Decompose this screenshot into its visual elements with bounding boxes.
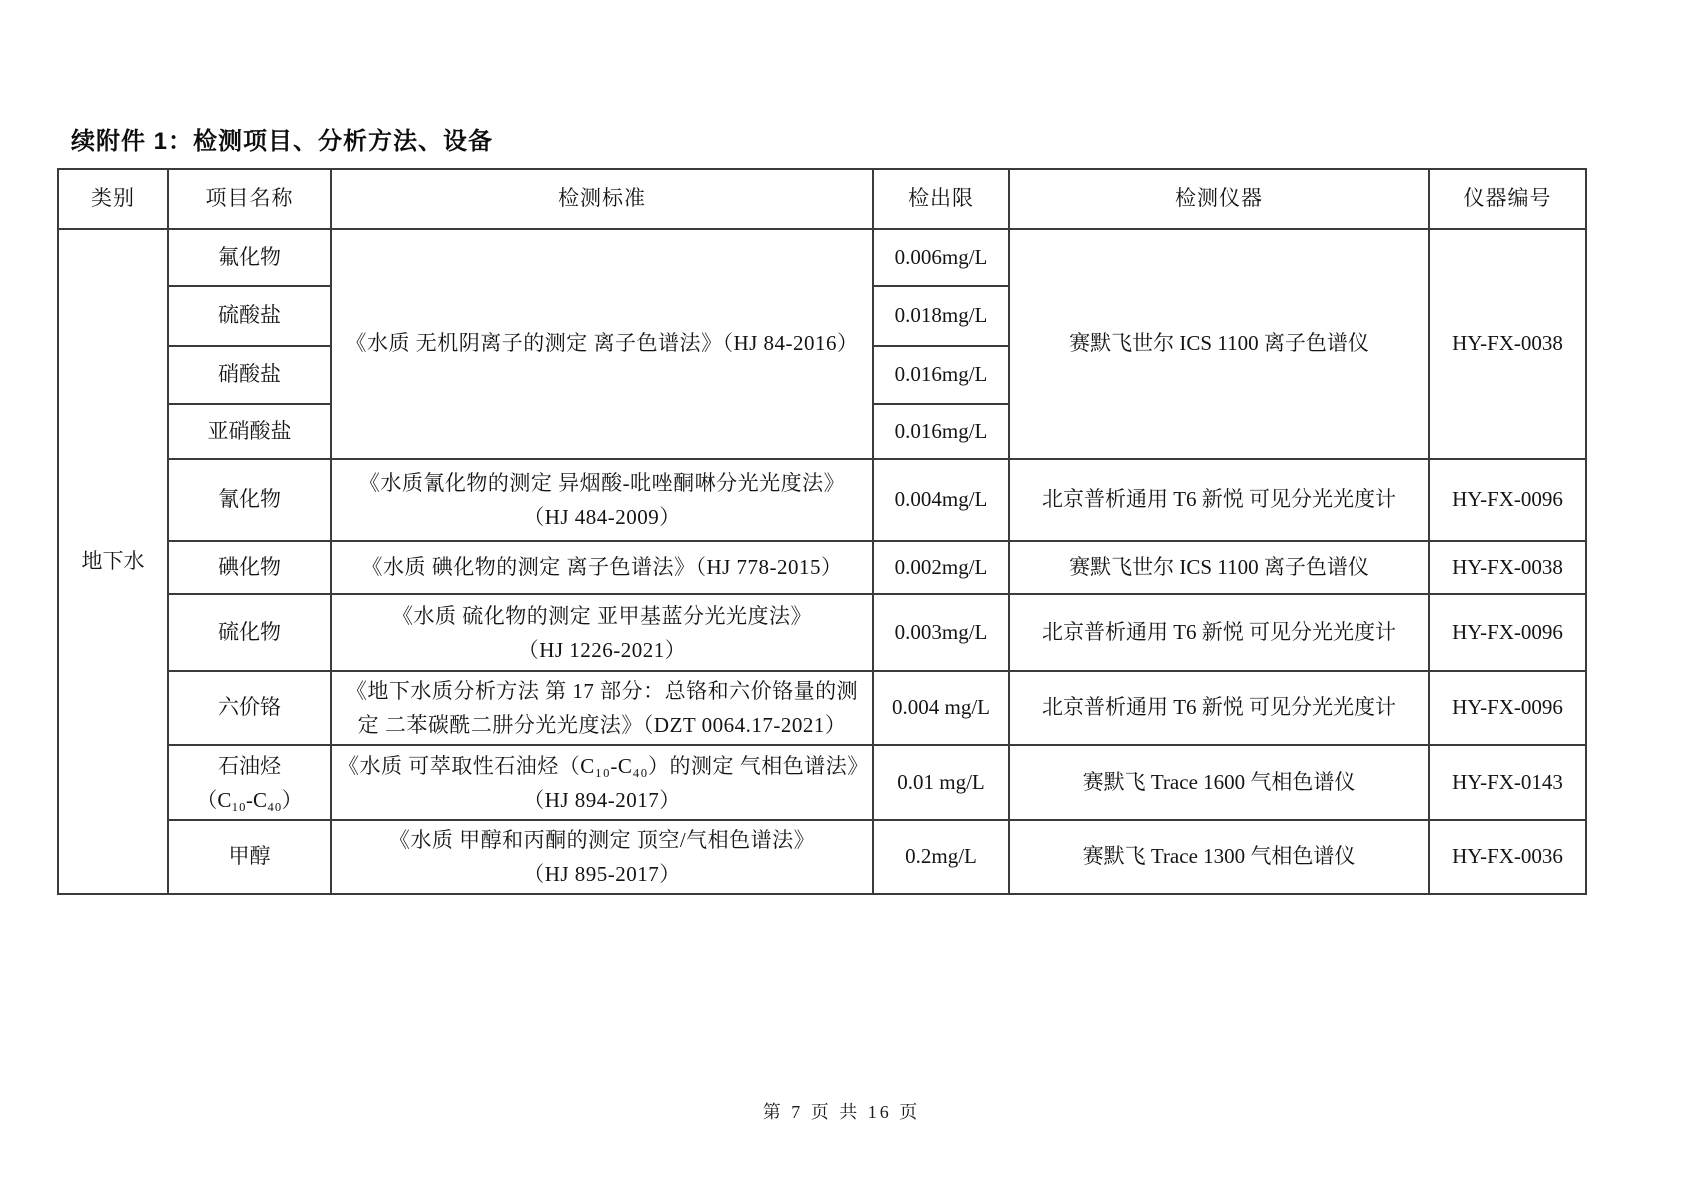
standard-cell: 《水质 可萃取性石油烃（C₁₀-C₄₀）的测定 气相色谱法》 （HJ 894-2… — [331, 745, 873, 820]
item-cell: 氟化物 — [168, 229, 331, 286]
standard-line1: 《水质 甲醇和丙酮的测定 顶空/气相色谱法》 — [338, 823, 866, 857]
detection-items-table: 类别 项目名称 检测标准 检出限 检测仪器 仪器编号 地下水 氟化物 《水质 无… — [57, 168, 1587, 895]
instrument-cell: 北京普析通用 T6 新悦 可见分光光度计 — [1009, 459, 1429, 541]
instrument-no-cell: HY-FX-0143 — [1429, 745, 1586, 820]
instrument-cell: 赛默飞 Trace 1600 气相色谱仪 — [1009, 745, 1429, 820]
page-number: 第 7 页 共 16 页 — [0, 1098, 1683, 1124]
limit-cell: 0.004 mg/L — [873, 671, 1009, 745]
col-header-item: 项目名称 — [168, 169, 331, 229]
standard-line1: 《地下水质分析方法 第 17 部分：总铬和六价铬量的测 — [338, 674, 866, 708]
standard-line2: （HJ 895-2017） — [338, 857, 866, 891]
instrument-no-cell: HY-FX-0038 — [1429, 229, 1586, 459]
standard-cell: 《地下水质分析方法 第 17 部分：总铬和六价铬量的测 定 二苯碳酰二肼分光光度… — [331, 671, 873, 745]
col-header-category: 类别 — [58, 169, 168, 229]
standard-line2: （HJ 1226-2021） — [338, 633, 866, 667]
table-row: 氰化物 《水质氰化物的测定 异烟酸-吡唑酮啉分光光度法》 （HJ 484-200… — [58, 459, 1586, 541]
item-cell: 氰化物 — [168, 459, 331, 541]
col-header-standard: 检测标准 — [331, 169, 873, 229]
limit-cell: 0.002mg/L — [873, 541, 1009, 594]
standard-cell: 《水质 碘化物的测定 离子色谱法》（HJ 778-2015） — [331, 541, 873, 594]
standard-cell: 《水质 硫化物的测定 亚甲基蓝分光光度法》 （HJ 1226-2021） — [331, 594, 873, 671]
item-cell: 亚硝酸盐 — [168, 404, 331, 459]
standard-line2: 定 二苯碳酰二肼分光光度法》（DZT 0064.17-2021） — [338, 708, 866, 742]
standard-line2: （HJ 484-2009） — [338, 500, 866, 534]
limit-cell: 0.016mg/L — [873, 404, 1009, 459]
page-title: 续附件 1：检测项目、分析方法、设备 — [71, 121, 493, 156]
standard-cell: 《水质氰化物的测定 异烟酸-吡唑酮啉分光光度法》 （HJ 484-2009） — [331, 459, 873, 541]
table-row: 石油烃 （C₁₀-C₄₀） 《水质 可萃取性石油烃（C₁₀-C₄₀）的测定 气相… — [58, 745, 1586, 820]
standard-cell: 《水质 无机阴离子的测定 离子色谱法》（HJ 84-2016） — [331, 229, 873, 459]
table-row: 硫化物 《水质 硫化物的测定 亚甲基蓝分光光度法》 （HJ 1226-2021）… — [58, 594, 1586, 671]
instrument-cell: 北京普析通用 T6 新悦 可见分光光度计 — [1009, 594, 1429, 671]
table-header-row: 类别 项目名称 检测标准 检出限 检测仪器 仪器编号 — [58, 169, 1586, 229]
item-line1: 石油烃 — [175, 749, 324, 783]
limit-cell: 0.006mg/L — [873, 229, 1009, 286]
item-cell: 碘化物 — [168, 541, 331, 594]
item-cell: 石油烃 （C₁₀-C₄₀） — [168, 745, 331, 820]
limit-cell: 0.016mg/L — [873, 346, 1009, 404]
limit-cell: 0.01 mg/L — [873, 745, 1009, 820]
standard-line1: 《水质氰化物的测定 异烟酸-吡唑酮啉分光光度法》 — [338, 466, 866, 500]
limit-cell: 0.003mg/L — [873, 594, 1009, 671]
instrument-cell: 赛默飞世尔 ICS 1100 离子色谱仪 — [1009, 229, 1429, 459]
limit-cell: 0.004mg/L — [873, 459, 1009, 541]
item-cell: 硫酸盐 — [168, 286, 331, 346]
item-cell: 硫化物 — [168, 594, 331, 671]
instrument-cell: 赛默飞 Trace 1300 气相色谱仪 — [1009, 820, 1429, 894]
item-cell: 硝酸盐 — [168, 346, 331, 404]
category-cell: 地下水 — [58, 229, 168, 894]
col-header-detection-limit: 检出限 — [873, 169, 1009, 229]
limit-cell: 0.2mg/L — [873, 820, 1009, 894]
instrument-no-cell: HY-FX-0036 — [1429, 820, 1586, 894]
item-line2: （C₁₀-C₄₀） — [175, 783, 324, 817]
standard-line1: 《水质 可萃取性石油烃（C₁₀-C₄₀）的测定 气相色谱法》 — [338, 749, 866, 783]
instrument-no-cell: HY-FX-0096 — [1429, 459, 1586, 541]
col-header-instrument: 检测仪器 — [1009, 169, 1429, 229]
table-row: 碘化物 《水质 碘化物的测定 离子色谱法》（HJ 778-2015） 0.002… — [58, 541, 1586, 594]
instrument-no-cell: HY-FX-0038 — [1429, 541, 1586, 594]
instrument-cell: 北京普析通用 T6 新悦 可见分光光度计 — [1009, 671, 1429, 745]
table-row: 甲醇 《水质 甲醇和丙酮的测定 顶空/气相色谱法》 （HJ 895-2017） … — [58, 820, 1586, 894]
col-header-instrument-no: 仪器编号 — [1429, 169, 1586, 229]
document-page: 续附件 1：检测项目、分析方法、设备 类别 项目名称 检测标准 检出限 检测仪器… — [0, 0, 1683, 1190]
limit-cell: 0.018mg/L — [873, 286, 1009, 346]
item-cell: 甲醇 — [168, 820, 331, 894]
instrument-no-cell: HY-FX-0096 — [1429, 594, 1586, 671]
standard-line2: （HJ 894-2017） — [338, 783, 866, 817]
item-cell: 六价铬 — [168, 671, 331, 745]
standard-line1: 《水质 硫化物的测定 亚甲基蓝分光光度法》 — [338, 599, 866, 633]
standard-cell: 《水质 甲醇和丙酮的测定 顶空/气相色谱法》 （HJ 895-2017） — [331, 820, 873, 894]
table-row: 六价铬 《地下水质分析方法 第 17 部分：总铬和六价铬量的测 定 二苯碳酰二肼… — [58, 671, 1586, 745]
instrument-cell: 赛默飞世尔 ICS 1100 离子色谱仪 — [1009, 541, 1429, 594]
instrument-no-cell: HY-FX-0096 — [1429, 671, 1586, 745]
table-row: 地下水 氟化物 《水质 无机阴离子的测定 离子色谱法》（HJ 84-2016） … — [58, 229, 1586, 286]
